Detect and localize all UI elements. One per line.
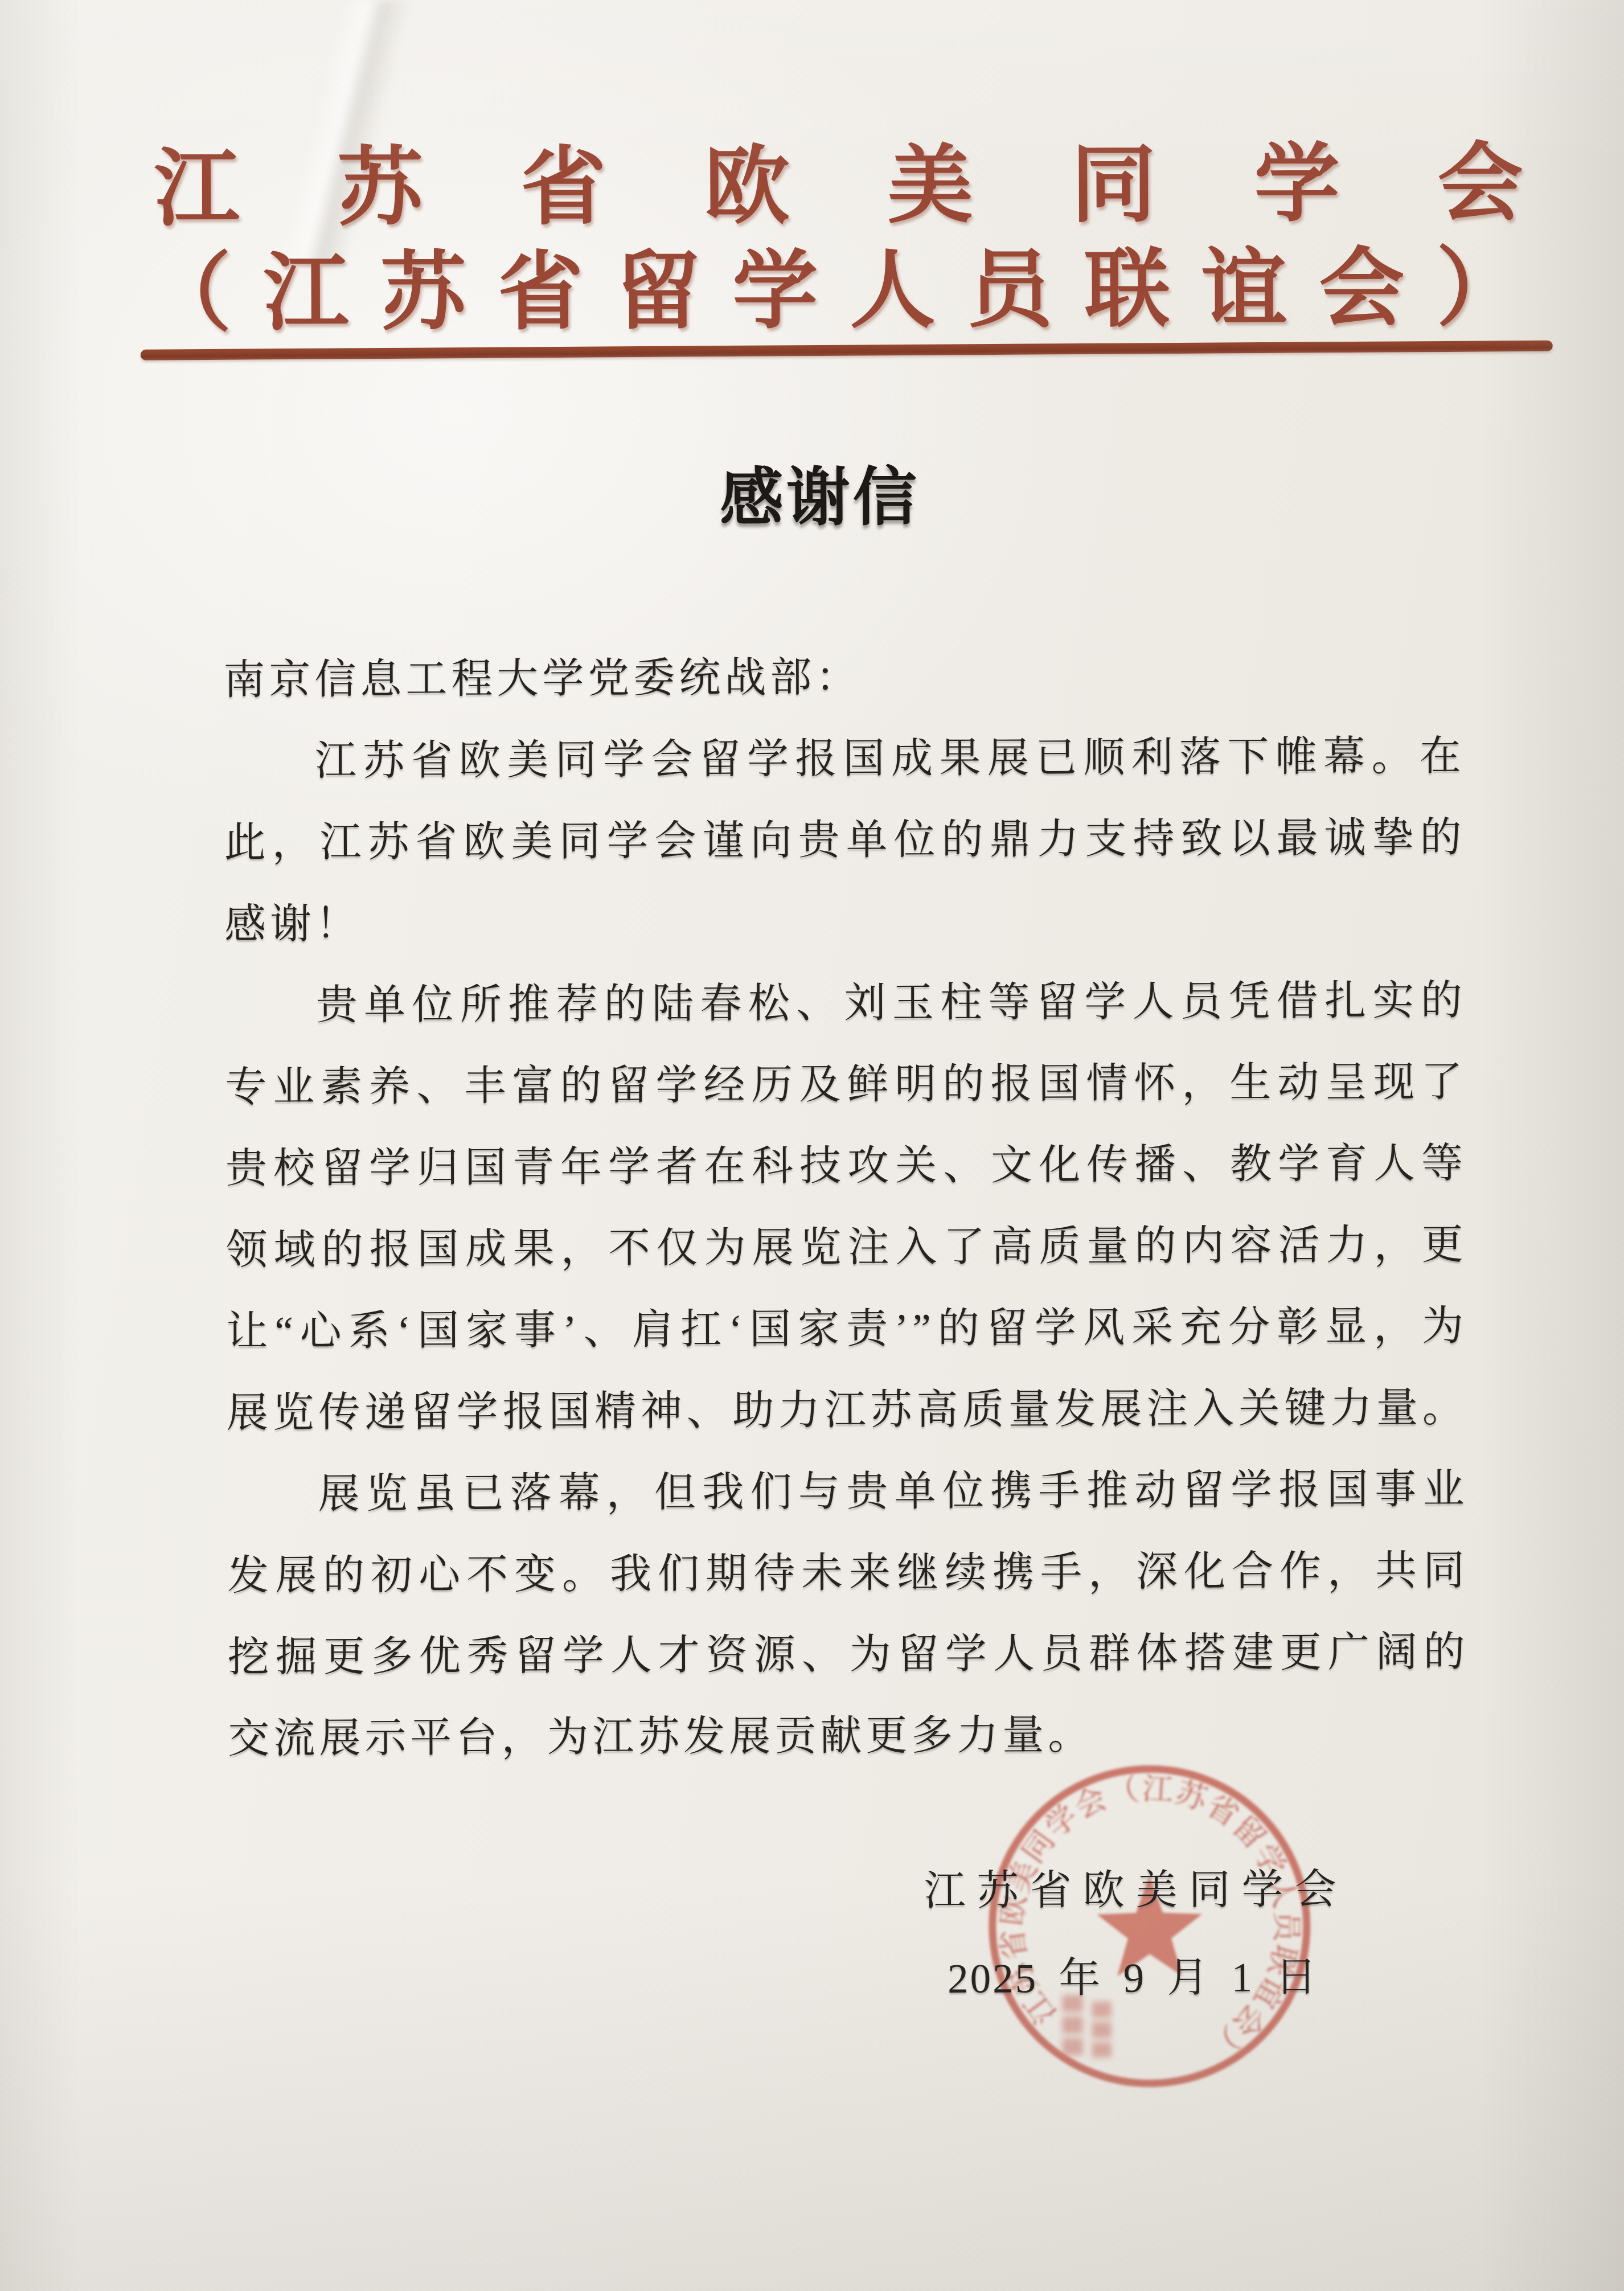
letterhead-org-alt-name: （江苏省留学人员联谊会）	[146, 245, 1554, 337]
body-line: 领域的报国成果，不仅为展览注入了高质量的内容活力，更	[225, 1222, 1467, 1276]
signature-date: 2025 年 9 月 1 日	[948, 1956, 1319, 1999]
seal-bottom-marks	[1062, 1995, 1111, 2058]
scanned-letter-page: 江苏省欧美同学会 （江苏省留学人员联谊会） 感谢信 南京信息工程大学党委统战部：…	[0, 0, 1624, 2291]
body-line: 展览传递留学报国精神、助力江苏高质量发展注入关键力量。	[227, 1384, 1468, 1439]
body-line: 贵校留学归国青年学者在科技攻关、文化传播、教学育人等	[225, 1140, 1467, 1195]
signature-org: 江苏省欧美同学会	[924, 1868, 1347, 1912]
body-line: 贵单位所推荐的陆春松、刘玉柱等留学人员凭借扎实的	[225, 977, 1466, 1032]
body-line: 挖掘更多优秀留学人才资源、为留学人员群体搭建更广阔的	[228, 1629, 1469, 1683]
body-line: 感谢！	[224, 896, 1466, 950]
body-line: 专业素养、丰富的留学经历及鲜明的报国情怀，生动呈现了	[225, 1059, 1466, 1113]
body-line: 展览虽已落幕，但我们与贵单位携手推动留学报国事业	[227, 1466, 1468, 1520]
body-line: 此，江苏省欧美同学会谨向贵单位的鼎力支持致以最诚挚的	[224, 814, 1465, 869]
letter-content: 江苏省欧美同学会 （江苏省留学人员联谊会） 感谢信 南京信息工程大学党委统战部：…	[0, 0, 1624, 2291]
body-line: 江苏省欧美同学会留学报国成果展已顺利落下帷幕。在	[224, 733, 1465, 788]
body-line: 南京信息工程大学党委统战部：	[223, 651, 1465, 706]
official-seal: 江苏省欧美同学会（江苏省留学人员联谊会）	[978, 1755, 1322, 2098]
letterhead-rule	[141, 341, 1553, 360]
letter-title: 感谢信	[720, 465, 920, 530]
body-line: 发展的初心不变。我们期待未来继续携手，深化合作，共同	[227, 1547, 1469, 1602]
body-line: 让“心系‘国家事’、肩扛‘国家责’”的留学风采充分彰显，为	[226, 1303, 1467, 1358]
letterhead-org-name: 江苏省欧美同学会	[154, 141, 1621, 232]
